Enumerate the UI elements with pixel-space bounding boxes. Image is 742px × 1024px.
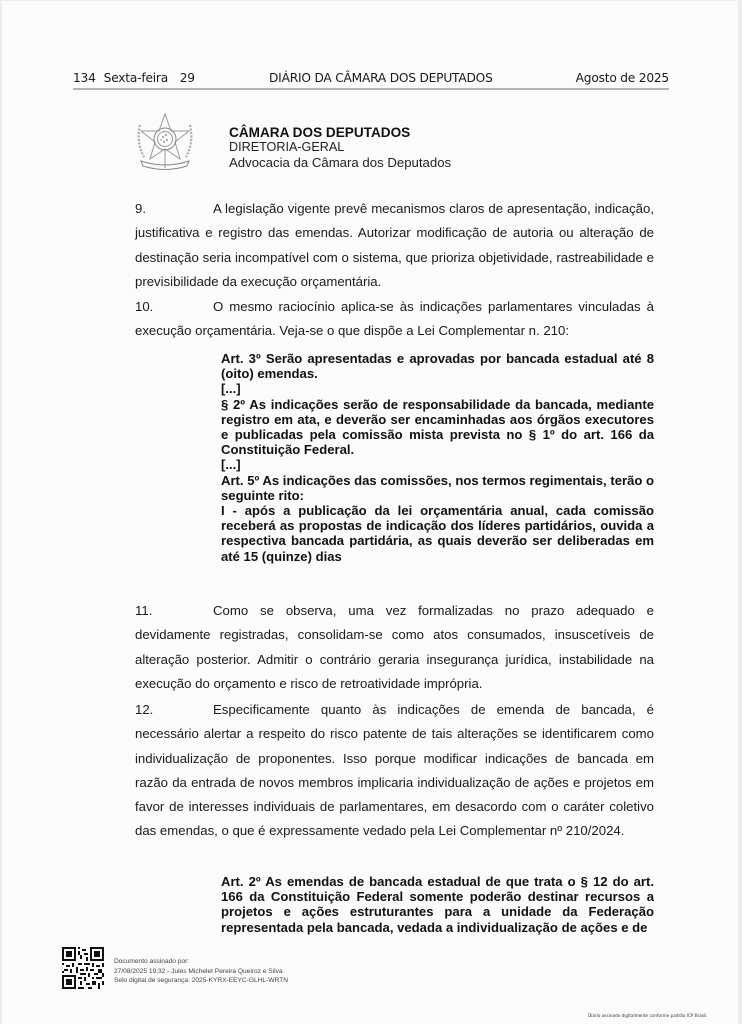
quote-line: § 2º As indicações serão de responsabili… bbox=[221, 397, 654, 458]
quote-line: Art. 5º As indicações das comissões, nos… bbox=[221, 473, 654, 503]
quote-line: Art. 3º Serão apresentadas e aprovadas p… bbox=[221, 351, 654, 381]
running-header: 134Sexta-feira 29 DIÁRIO DA CÂMARA DOS D… bbox=[73, 71, 669, 89]
quote-line: I - após a publicação da lei orçamentári… bbox=[221, 503, 654, 564]
paragraph-text: Especificamente quanto às indicações de … bbox=[135, 702, 654, 838]
header-left: 134Sexta-feira 29 bbox=[73, 71, 195, 85]
institution-name: CÂMARA DOS DEPUTADOS bbox=[229, 125, 451, 140]
paragraph-text: A legislação vigente prevê mecanismos cl… bbox=[135, 201, 654, 289]
legal-quote-lc-210: Art. 3º Serão apresentadas e aprovadas p… bbox=[221, 351, 654, 564]
quote-line: Art. 2º As emendas de bancada estadual d… bbox=[221, 874, 654, 935]
publication-title: DIÁRIO DA CÂMARA DOS DEPUTADOS bbox=[269, 71, 493, 85]
institution-block: CÂMARA DOS DEPUTADOS DIRETORIA-GERAL Adv… bbox=[229, 125, 451, 170]
paragraph-9: 9.A legislação vigente prevê mecanismos … bbox=[135, 197, 654, 294]
weekday: Sexta-feira bbox=[104, 71, 168, 85]
paragraph-number: 10. bbox=[135, 295, 213, 319]
brazil-coat-of-arms-icon bbox=[134, 111, 196, 175]
page-number: 134 bbox=[73, 71, 96, 85]
quote-ellipsis: [...] bbox=[221, 381, 654, 396]
qr-code-icon[interactable] bbox=[62, 947, 104, 989]
publication-date: Agosto de 2025 bbox=[576, 71, 669, 85]
paragraph-number: 9. bbox=[135, 197, 213, 221]
icp-brasil-note: Diário assinado digitalmente conforme pa… bbox=[588, 1013, 708, 1018]
paragraph-text: Como se observa, uma vez formalizadas no… bbox=[135, 603, 654, 691]
directorate: DIRETORIA-GERAL bbox=[229, 140, 451, 155]
paragraph-12: 12.Especificamente quanto às indicações … bbox=[135, 698, 654, 844]
paragraph-text: O mesmo raciocínio aplica-se às indicaçõ… bbox=[135, 299, 654, 338]
quote-ellipsis: [...] bbox=[221, 457, 654, 472]
day: 29 bbox=[180, 71, 195, 85]
signed-by-label: Documento assinado por: bbox=[114, 957, 288, 967]
paragraph-11: 11.Como se observa, uma vez formalizadas… bbox=[135, 599, 654, 696]
legal-quote-art-2: Art. 2º As emendas de bancada estadual d… bbox=[221, 874, 654, 935]
header-rule bbox=[73, 88, 669, 90]
office: Advocacia da Câmara dos Deputados bbox=[229, 155, 451, 170]
paragraph-number: 11. bbox=[135, 599, 213, 623]
paragraph-10: 10.O mesmo raciocínio aplica-se às indic… bbox=[135, 295, 654, 344]
security-seal: Selo digital de segurança: 2025-KYRX-EEY… bbox=[114, 976, 288, 986]
digital-signature-block: Documento assinado por: 27/08/2025 19:32… bbox=[114, 957, 288, 986]
signature-line: 27/08/2025 19:32 - Jules Michelet Pereir… bbox=[114, 967, 288, 977]
paragraph-number: 12. bbox=[135, 698, 213, 722]
